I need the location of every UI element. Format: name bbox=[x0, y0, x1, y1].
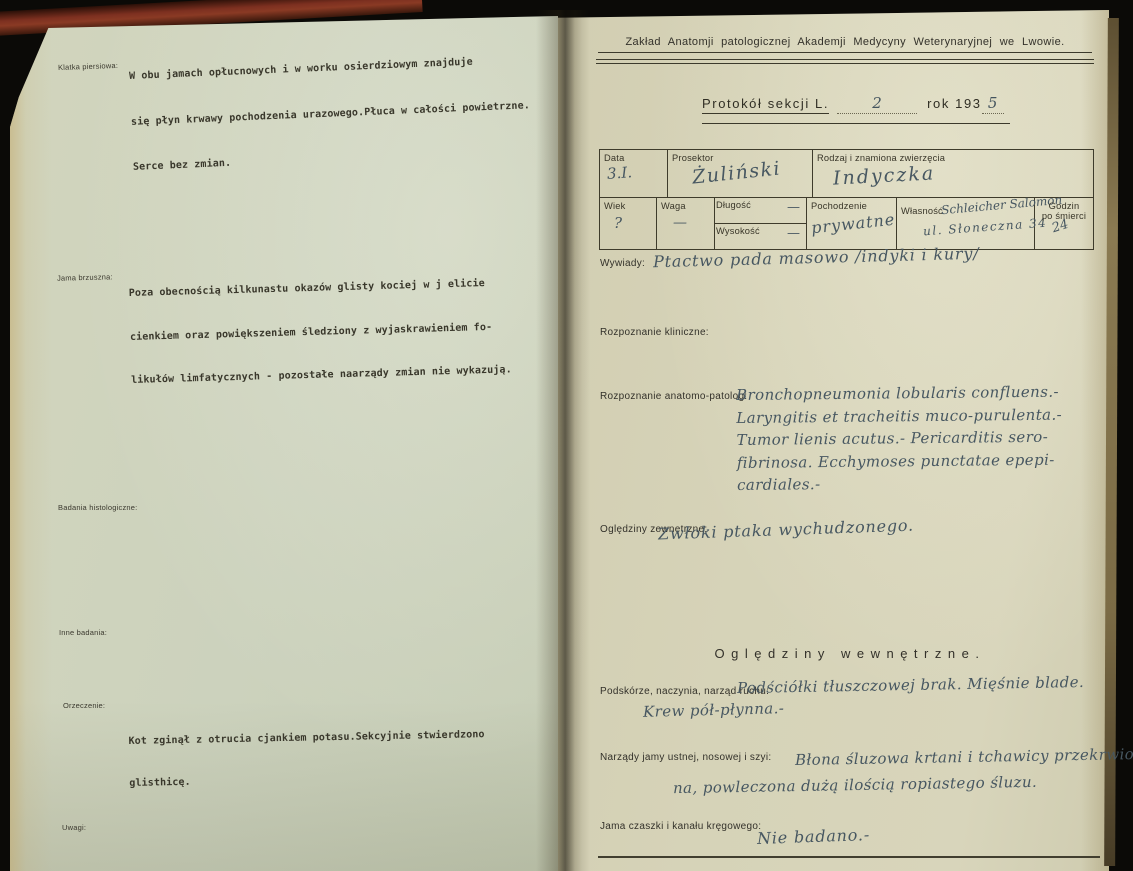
cell-value-handwritten: — bbox=[673, 215, 687, 231]
cell-value-handwritten: — bbox=[787, 200, 800, 215]
cell-label: Wiek bbox=[604, 201, 652, 211]
typed-block-orzeczenie: Kot zginął z otrucia cjankiem potasu.Sek… bbox=[128, 707, 486, 809]
table-row: Data 3.I. Prosektor Żuliński Rodzaj i zn… bbox=[600, 150, 1093, 198]
cell-label: Długość bbox=[716, 200, 751, 210]
cell-half-wysokosc: Wysokość — bbox=[715, 224, 806, 250]
cell-value-handwritten: prywatne bbox=[810, 210, 896, 238]
protocol-number-field: 2 bbox=[837, 94, 917, 114]
table-cell-waga: Waga — bbox=[657, 198, 715, 249]
header-double-rule bbox=[596, 59, 1094, 64]
protocol-title: Protokół sekcji L. bbox=[702, 96, 829, 114]
section-label-uwagi: Uwagi: bbox=[62, 823, 86, 832]
book-gutter-shadow bbox=[536, 10, 590, 871]
section-label-jama-brzuszna: Jama brzuszna: bbox=[57, 272, 113, 282]
animal-info-table: Data 3.I. Prosektor Żuliński Rodzaj i zn… bbox=[599, 149, 1094, 250]
table-cell-godziny: Godzin po śmierci 24 bbox=[1035, 198, 1093, 249]
typed-line: glisthicę. bbox=[129, 771, 485, 798]
handwriting-jama-czaszki: Nie badano.- bbox=[757, 825, 871, 848]
cell-label: Pochodzenie bbox=[811, 201, 892, 211]
cell-value-handwritten: ? bbox=[614, 214, 622, 232]
table-cell-dlugosc-wysokosc: Długość — Wysokość — bbox=[715, 198, 807, 249]
table-cell-pochodzenie: Pochodzenie prywatne bbox=[807, 198, 897, 249]
field-label-rozpoznanie-anatomo: Rozpoznanie anatomo-patolog: bbox=[600, 391, 747, 402]
protocol-year-field: 5 bbox=[982, 94, 1004, 114]
section-label-badania-histologiczne: Badania histologiczne: bbox=[58, 503, 137, 512]
institution-header: Zakład Anatomji patologicznej Akademji M… bbox=[598, 36, 1092, 53]
table-cell-data: Data 3.I. bbox=[600, 150, 668, 197]
typed-line: cienkiem oraz powiększeniem śledziony z … bbox=[130, 321, 511, 353]
table-cell-wlasnosc: Własność Schleicher Salomon ul. Słoneczn… bbox=[897, 198, 1035, 249]
cell-value-handwritten: — bbox=[787, 226, 800, 241]
typed-block-klatka-piersiowa: W obu jamach opłucnowych i w worku osier… bbox=[128, 32, 533, 196]
handwriting-block-rozpoznanie-anatomo: Bronchopneumonia lobularis confluens.- L… bbox=[736, 383, 1063, 499]
table-cell-prosektor: Prosektor Żuliński bbox=[668, 150, 813, 197]
field-label-jama-czaszki: Jama czaszki i kanału kręgowego: bbox=[600, 821, 761, 832]
cell-label: Rodzaj i znamiona zwierzęcia bbox=[817, 153, 1089, 163]
section-label-orzeczenie: Orzeczenie: bbox=[63, 701, 105, 710]
typed-line: Serce bez zmian. bbox=[133, 145, 533, 185]
protocol-year-label: rok 193 bbox=[927, 96, 982, 111]
cell-value-handwritten: ul. Słoneczna 34 bbox=[923, 216, 1048, 239]
page-stack-edge bbox=[1104, 18, 1119, 866]
cell-label: Własność bbox=[901, 206, 943, 216]
cell-value-handwritten: 24 bbox=[1050, 217, 1070, 236]
typed-line: Kot zginął z otrucia cjankiem potasu.Sek… bbox=[128, 729, 484, 756]
handwriting-line: Krew pół-płynna.- bbox=[643, 699, 785, 721]
cell-value-handwritten: Indyczka bbox=[832, 162, 935, 189]
cell-label: Data bbox=[604, 153, 663, 163]
table-cell-wiek: Wiek ? bbox=[600, 198, 657, 249]
section-label-inne-badania: Inne badania: bbox=[59, 628, 107, 637]
table-row: Wiek ? Waga — Długość — Wysokość — Pocho… bbox=[600, 198, 1093, 249]
typed-line: Poza obecnością kilkunastu okazów glisty… bbox=[129, 277, 510, 309]
field-label-rozpoznanie-kliniczne: Rozpoznanie kliniczne: bbox=[600, 327, 709, 338]
field-label-wywiady: Wywiady: bbox=[600, 258, 645, 269]
typed-block-jama-brzuszna: Poza obecnością kilkunastu okazów glisty… bbox=[128, 255, 513, 407]
typed-line: likułów limfatycznych - pozostałe naarzą… bbox=[131, 364, 512, 396]
cell-label: Godzin bbox=[1039, 201, 1089, 211]
protocol-title-line: Protokół sekcji L.2rok 1935 bbox=[702, 94, 1010, 124]
table-cell-rodzaj: Rodzaj i znamiona zwierzęcia Indyczka bbox=[813, 150, 1093, 197]
page-bottom-rule bbox=[598, 856, 1100, 858]
cell-label: Wysokość bbox=[716, 226, 760, 236]
typed-line: W obu jamach opłucnowych i w worku osier… bbox=[129, 54, 529, 94]
field-label-narzady-jamy: Narządy jamy ustnej, nosowej i szyi: bbox=[600, 752, 771, 763]
cell-label: Waga bbox=[661, 201, 710, 211]
cell-value-handwritten: 3.I. bbox=[606, 163, 632, 183]
handwriting-line: cardiales.- bbox=[737, 473, 1063, 499]
typed-line: się płyn krwawy pochodzenia urazowego.Pł… bbox=[131, 100, 531, 140]
protocol-year-handwritten: 5 bbox=[988, 94, 998, 112]
section-heading-ogledziny-wewnetrzne: Oględziny wewnętrzne. bbox=[620, 646, 1080, 661]
cell-half-dlugosc: Długość — bbox=[715, 198, 806, 224]
protocol-number-handwritten: 2 bbox=[872, 94, 882, 112]
